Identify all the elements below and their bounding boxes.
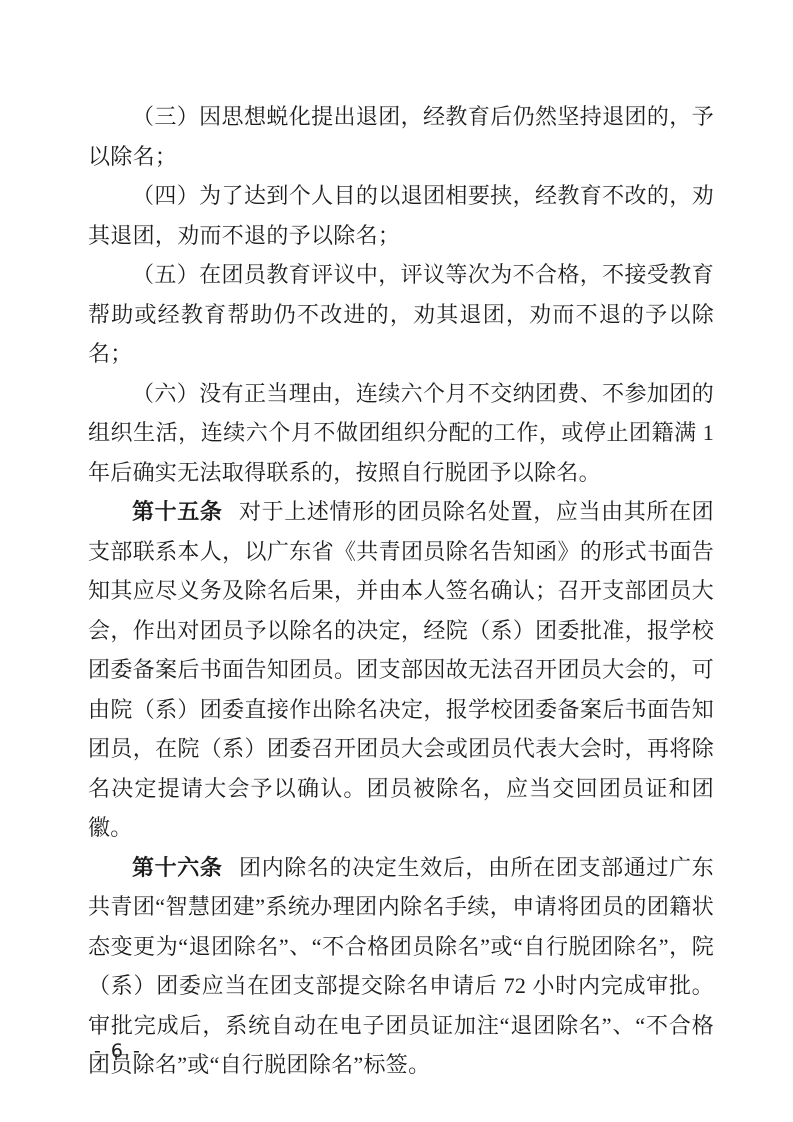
paragraph-text: （三）因思想蜕化提出退团，经教育后仍然坚持退团的，予以除名； (88, 104, 714, 169)
paragraph-text: 团内除名的决定生效后，由所在团支部通过广东共青团“智慧团建”系统办理团内除名手续… (88, 855, 714, 1078)
paragraph-item-3: （三）因思想蜕化提出退团，经教育后仍然坚持退团的，予以除名； (88, 97, 714, 176)
document-page: （三）因思想蜕化提出退团，经教育后仍然坚持退团的，予以除名； （四）为了达到个人… (0, 0, 793, 1122)
page-number: - 6 - (94, 1040, 142, 1062)
paragraph-item-4: （四）为了达到个人目的以退团相要挟，经教育不改的，劝其退团，劝而不退的予以除名； (88, 176, 714, 255)
paragraph-item-6: （六）没有正当理由，连续六个月不交纳团费、不参加团的组织生活，连续六个月不做团组… (88, 374, 714, 493)
article-number-15: 第十五条 (132, 499, 223, 524)
document-body: （三）因思想蜕化提出退团，经教育后仍然坚持退团的，予以除名； （四）为了达到个人… (88, 97, 714, 1085)
article-number-16: 第十六条 (132, 855, 223, 880)
paragraph-item-5: （五）在团员教育评议中，评议等次为不合格，不接受教育帮助或经教育帮助仍不改进的，… (88, 255, 714, 374)
paragraph-text: （五）在团员教育评议中，评议等次为不合格，不接受教育帮助或经教育帮助仍不改进的，… (88, 262, 714, 366)
paragraph-text: 对于上述情形的团员除名处置，应当由其所在团支部联系本人，以广东省《共青团员除名告… (88, 499, 714, 840)
paragraph-article-16: 第十六条团内除名的决定生效后，由所在团支部通过广东共青团“智慧团建”系统办理团内… (88, 848, 714, 1085)
paragraph-article-15: 第十五条对于上述情形的团员除名处置，应当由其所在团支部联系本人，以广东省《共青团… (88, 492, 714, 848)
paragraph-text: （六）没有正当理由，连续六个月不交纳团费、不参加团的组织生活，连续六个月不做团组… (88, 381, 714, 485)
paragraph-text: （四）为了达到个人目的以退团相要挟，经教育不改的，劝其退团，劝而不退的予以除名； (88, 183, 714, 248)
